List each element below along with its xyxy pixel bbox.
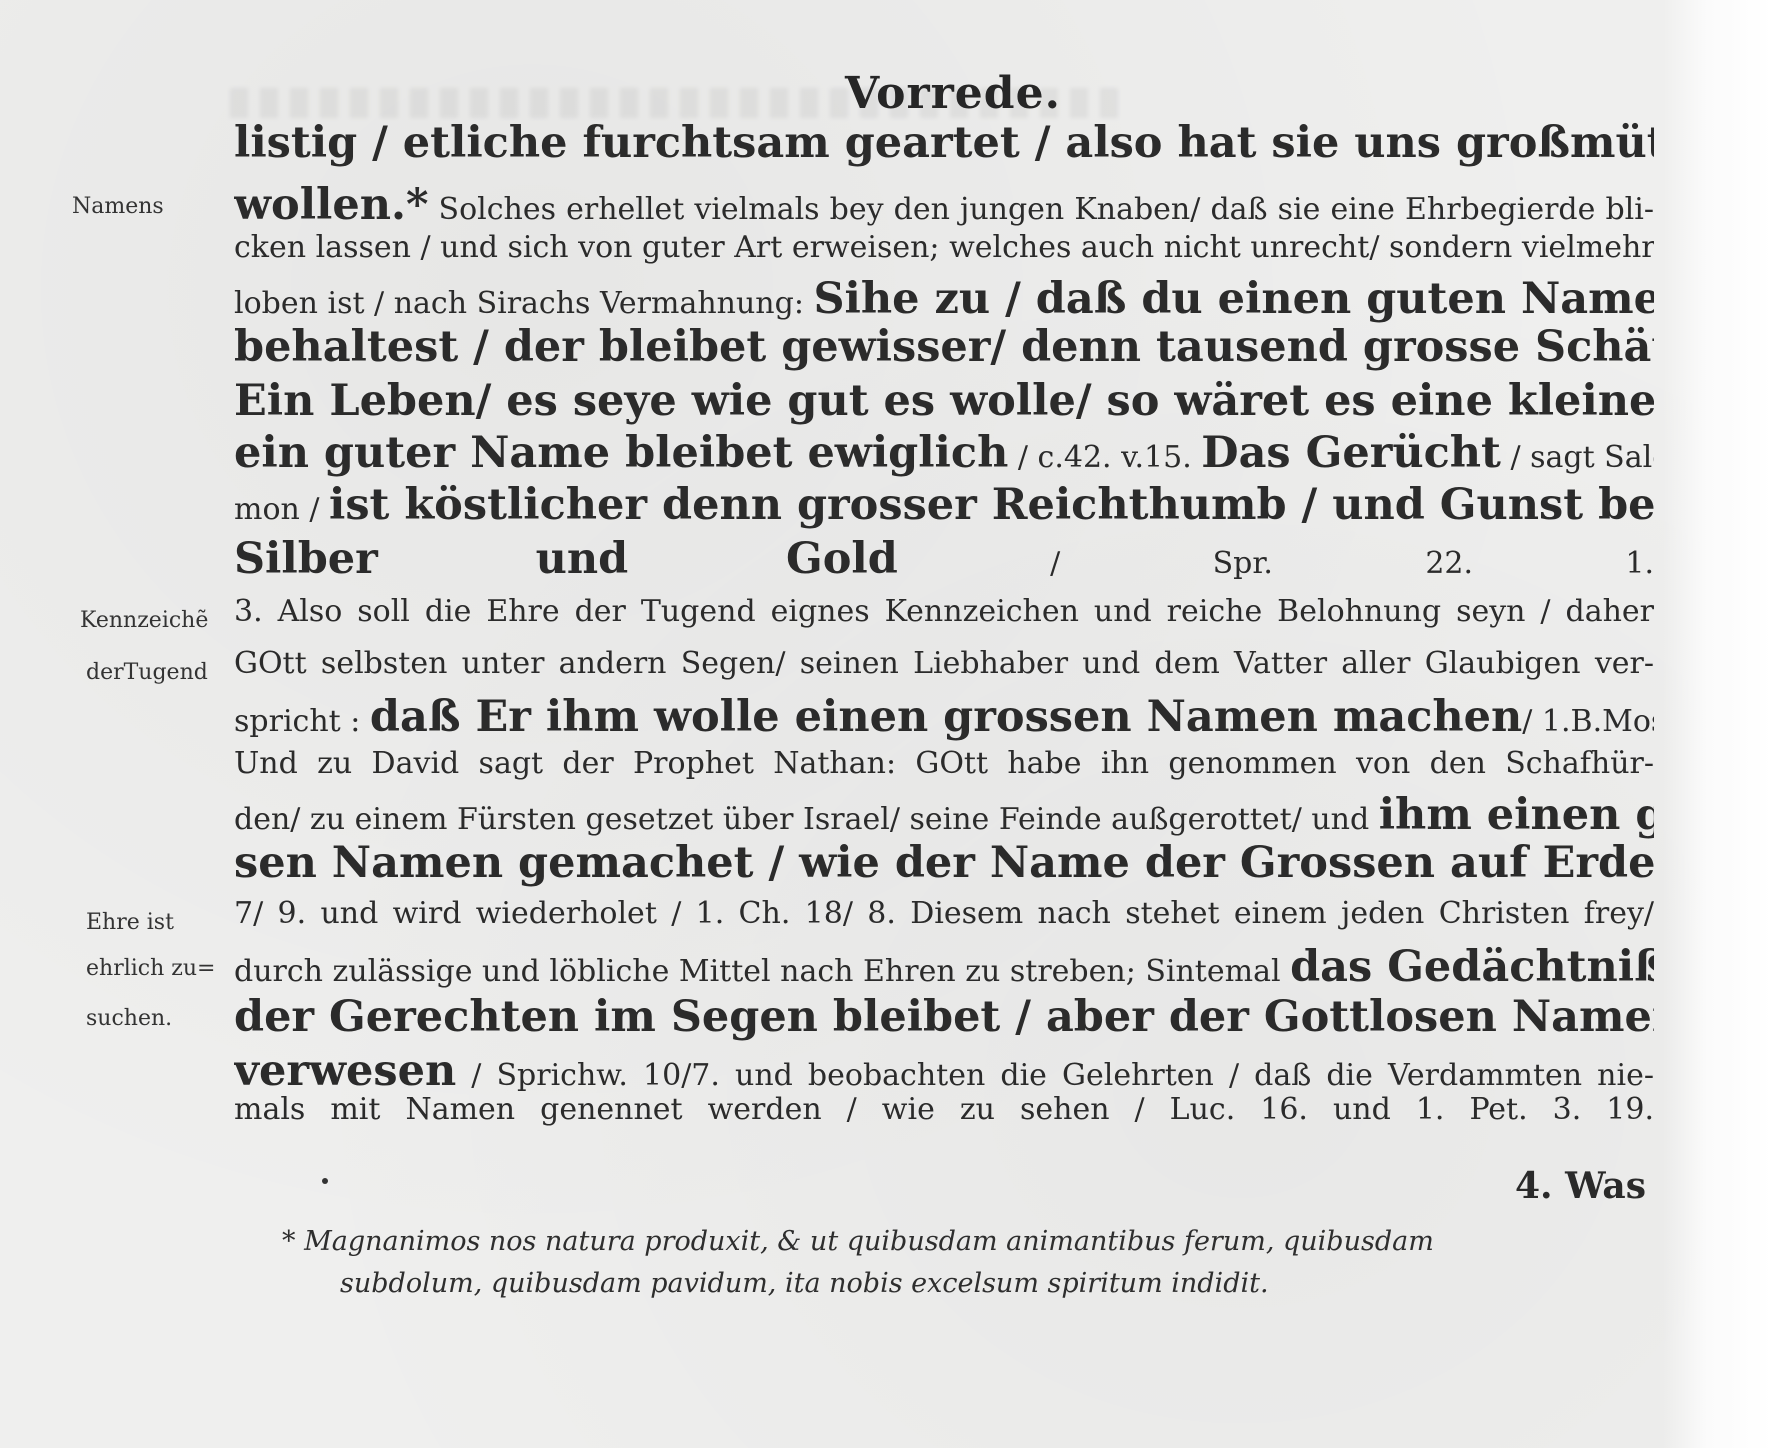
emphasized-text: Ein Leben/ es seye wie gut es wolle/ so … [234,376,1654,426]
margin-note: derTugend [86,658,208,688]
regular-text: 3. Also soll die Ehre der Tugend eignes … [234,594,1654,629]
ink-dot [322,1178,328,1184]
emphasized-text: Silber und Gold [234,534,898,584]
regular-text: / sagt Salo- [1501,440,1654,475]
text-line: wollen.* Solches erhellet vielmals bey d… [234,180,1654,230]
text-line: spricht : daß Er ihm wolle einen grossen… [234,692,1654,742]
emphasized-text: sen Namen gemachet / wie der Name der Gr… [234,838,1654,888]
page-edge [1663,0,1773,1448]
margin-note: Namens [72,192,164,222]
text-line: verwesen / Sprichw. 10/7. und beobachten… [234,1046,1654,1096]
text-line: mon / ist köstlicher denn grosser Reicht… [234,480,1654,530]
text-line: sen Namen gemachet / wie der Name der Gr… [234,838,1654,888]
regular-text: / Spr. 22. 1. [898,546,1654,581]
scanned-book-page: Vorrede. listig / etliche furchtsam gear… [0,0,1773,1448]
margin-note: ehrlich zu= [86,954,215,984]
text-line: behaltest / der bleibet gewisser/ denn t… [234,322,1654,372]
margin-note: suchen. [86,1004,172,1034]
footnote-line-1: * Magnanimos nos natura produxit, & ut q… [282,1226,1434,1257]
emphasized-text: der Gerechten im Segen bleibet / aber de… [234,992,1654,1042]
emphasized-text: behaltest / der bleibet gewisser/ denn t… [234,322,1654,372]
text-line: Silber und Gold / Spr. 22. 1. [234,534,1654,584]
emphasized-text: daß Er ihm wolle einen grossen Namen mac… [370,692,1522,742]
regular-text: durch zulässige und löbliche Mittel nach… [234,954,1290,989]
text-line: cken lassen / und sich von guter Art erw… [234,230,1654,265]
regular-text: / c.42. v.15. [1008,440,1201,475]
regular-text: Und zu David sagt der Prophet Nathan: GO… [234,746,1654,781]
regular-text: spricht : [234,704,370,739]
regular-text: 7/ 9. und wird wiederholet / 1. Ch. 18/ … [234,896,1654,931]
text-line: GOtt selbsten unter andern Segen/ seinen… [234,646,1654,681]
text-line: ein guter Name bleibet ewiglich / c.42. … [234,428,1654,478]
text-line: Ein Leben/ es seye wie gut es wolle/ so … [234,376,1654,426]
text-line: 3. Also soll die Ehre der Tugend eignes … [234,594,1654,629]
emphasized-text: Das Gerücht [1201,428,1501,478]
text-line: durch zulässige und löbliche Mittel nach… [234,942,1654,992]
emphasized-text: ein guter Name bleibet ewiglich [234,428,1008,478]
emphasized-text: ihm einen gros- [1379,790,1654,840]
text-line: mals mit Namen genennet werden / wie zu … [234,1092,1654,1127]
text-line: loben ist / nach Sirachs Vermahnung: Sih… [234,274,1654,324]
text-line: den/ zu einem Fürsten gesetzet über Isra… [234,790,1654,840]
text-line: 7/ 9. und wird wiederholet / 1. Ch. 18/ … [234,896,1654,931]
text-line: der Gerechten im Segen bleibet / aber de… [234,992,1654,1042]
regular-text: Solches erhellet vielmals bey den jungen… [428,192,1654,227]
regular-text: GOtt selbsten unter andern Segen/ seinen… [234,646,1654,681]
regular-text: loben ist / nach Sirachs Vermahnung: [234,286,813,321]
regular-text: mon / [234,492,329,527]
margin-note: Kennzeichẽ [80,606,208,636]
emphasized-text: verwesen [234,1046,456,1096]
regular-text: cken lassen / und sich von guter Art erw… [234,230,1654,265]
emphasized-text: das Gedächtniß [1290,942,1654,992]
regular-text: / 1.B.Mos.12/2. [1522,704,1654,739]
emphasized-text: Sihe zu / daß du einen guten Namen [813,274,1654,324]
emphasized-text: listig / etliche furchtsam geartet / als… [234,118,1654,168]
regular-text: den/ zu einem Fürsten gesetzet über Isra… [234,802,1379,837]
footnote-line-2: subdolum, quibusdam pavidum, ita nobis e… [340,1268,1269,1299]
emphasized-text: ist köstlicher denn grosser Reichthumb /… [329,480,1654,530]
text-line: listig / etliche furchtsam geartet / als… [234,118,1654,168]
regular-text: mals mit Namen genennet werden / wie zu … [234,1092,1654,1127]
margin-note: Ehre ist [86,908,174,938]
running-header: Vorrede. [845,68,1061,119]
emphasized-text: wollen.* [234,180,428,230]
text-line: Und zu David sagt der Prophet Nathan: GO… [234,746,1654,781]
regular-text: / Sprichw. 10/7. und beobachten die Gele… [456,1058,1654,1093]
catchword: 4. Was [1515,1165,1646,1207]
